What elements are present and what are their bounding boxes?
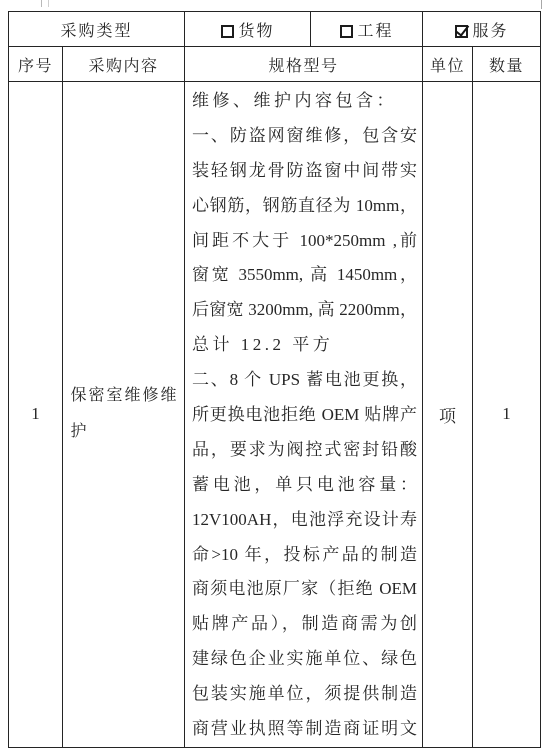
spec-line: 建绿色企业实施单位、绿色	[192, 642, 417, 677]
spec-line: 间距不大于 100*250mm ,前	[192, 224, 417, 259]
goods-checkbox-icon[interactable]	[221, 25, 234, 38]
row-content-cell: 保密室维修维 护	[63, 82, 185, 748]
type-row: 采购类型 货物 工程 服务	[9, 12, 541, 47]
spec-line: 一、防盗网窗维修，包含安	[192, 119, 417, 154]
row-qty-cell: 1	[473, 82, 541, 748]
content-line: 护	[71, 414, 177, 450]
spec-text: 维修、维护内容包含： 一、防盗网窗维修，包含安 装轻钢龙骨防盗窗中间带实 心钢筋…	[185, 82, 422, 747]
spec-line: 命>10 年，投标产品的制造	[192, 538, 417, 573]
scan-artifact	[41, 0, 49, 7]
col-header-content: 采购内容	[63, 47, 185, 82]
spec-line: 蓄电池，单只电池容量：	[192, 468, 417, 503]
option-service-label: 服务	[473, 23, 509, 40]
option-engineering[interactable]: 工程	[311, 12, 423, 47]
option-goods-label: 货物	[239, 23, 275, 40]
spec-line: 维修、维护内容包含：	[192, 84, 417, 119]
procurement-content: 保密室维修维 护	[71, 378, 177, 450]
spec-line: 所更换电池拒绝 OEM 贴牌产	[192, 398, 417, 433]
column-header-row: 序号 采购内容 规格型号 单位 数量	[9, 47, 541, 82]
spec-line: 商营业执照等制造商证明文	[192, 712, 417, 747]
spec-line: 品，要求为阀控式密封铅酸	[192, 433, 417, 468]
row-index-cell: 1	[9, 82, 63, 748]
col-header-spec: 规格型号	[185, 47, 423, 82]
spec-line: 后窗宽 3200mm, 高 2200mm，	[192, 293, 417, 328]
spec-line: 总计 12.2 平方	[192, 328, 417, 363]
spec-line: 商须电池原厂家（拒绝 OEM	[192, 572, 417, 607]
service-checkbox-checked-icon[interactable]	[455, 25, 468, 38]
spec-line: 窗宽 3550mm, 高 1450mm，	[192, 258, 417, 293]
spec-line: 12V100AH，电池浮充设计寿	[192, 503, 417, 538]
option-service[interactable]: 服务	[423, 12, 541, 47]
procurement-table: 采购类型 货物 工程 服务 序号 采购内容 规格型号 单位 数量 1	[8, 11, 541, 748]
content-line: 保密室维修维	[71, 378, 177, 414]
document-page: 采购类型 货物 工程 服务 序号 采购内容 规格型号 单位 数量 1	[0, 0, 549, 755]
spec-line: 心钢筋，钢筋直径为 10mm，	[192, 189, 417, 224]
engineering-checkbox-icon[interactable]	[340, 25, 353, 38]
col-header-index: 序号	[9, 47, 63, 82]
spec-line: 二、8 个 UPS 蓄电池更换，	[192, 363, 417, 398]
procurement-type-label: 采购类型	[9, 12, 185, 47]
table-row: 1 保密室维修维 护 维修、维护内容包含： 一、防盗网窗维修，包含安 装轻钢龙骨…	[9, 82, 541, 748]
row-unit-cell: 项	[423, 82, 473, 748]
col-header-qty: 数量	[473, 47, 541, 82]
col-header-unit: 单位	[423, 47, 473, 82]
spec-line: 包装实施单位，须提供制造	[192, 677, 417, 712]
row-spec-cell: 维修、维护内容包含： 一、防盗网窗维修，包含安 装轻钢龙骨防盗窗中间带实 心钢筋…	[185, 82, 423, 748]
spec-line: 装轻钢龙骨防盗窗中间带实	[192, 154, 417, 189]
procurement-type-text: 采购类型	[61, 23, 133, 40]
option-goods[interactable]: 货物	[185, 12, 311, 47]
scan-artifact	[541, 0, 542, 9]
option-engineering-label: 工程	[358, 23, 394, 40]
spec-line: 贴牌产品），制造商需为创	[192, 607, 417, 642]
